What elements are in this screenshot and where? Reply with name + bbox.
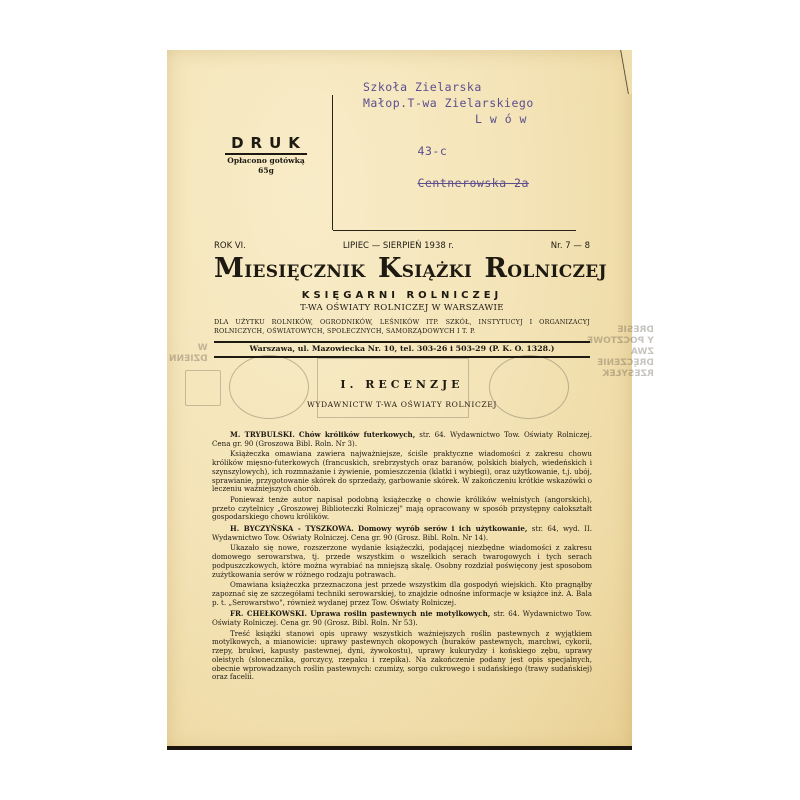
address-line-2: Małop.T-wa Zielarskiego: [363, 95, 534, 111]
review-paragraph: Ukazało się nowe, rozszerzone wydanie ks…: [212, 544, 592, 579]
address-box-bottom-rule: [333, 230, 576, 231]
recipient-address-stamp: Szkoła Zielarska Małop.T-wa Zielarskiego…: [363, 79, 534, 207]
issue-number: Nr. 7 — 8: [551, 241, 590, 251]
section-subtitle: WYDAWNICTW T-WA OŚWIATY ROLNICZEJ: [214, 400, 590, 409]
issue-meta: ROK VI. LIPIEC — SIERPIEŃ 1938 r. Nr. 7 …: [214, 241, 590, 251]
ghost-stamp-right: DRESIE Y POCZTOWE ZWA DRĘCZENIE RZESYŁEK: [587, 325, 654, 380]
postage-note: DRUK Opłacono gotówką 65g: [221, 133, 311, 175]
druk-label: DRUK: [225, 134, 307, 155]
address-street-struck: Centnerowska 2a: [418, 176, 529, 190]
masthead-title: MIESIĘCZNIK KSIĄŻKI ROLNICZEJ: [214, 253, 590, 284]
publisher-address: Warszawa, ul. Mazowiecka Nr. 10, tel. 30…: [214, 344, 590, 353]
reviews-body: M. TRYBULSKI. Chów królików futerkowych,…: [212, 428, 592, 684]
review-heading: M. TRYBULSKI. Chów królików futerkowych,…: [212, 431, 592, 448]
review-paragraph: Treść książki stanowi opis uprawy wszyst…: [212, 630, 592, 682]
review-entry: M. TRYBULSKI. Chów królików futerkowych,…: [212, 431, 592, 522]
address-line-1: Szkoła Zielarska: [363, 79, 534, 95]
postage-amount: 65g: [221, 167, 311, 175]
document-page: DRESIE Y POCZTOWE ZWA DRĘCZENIE RZESYŁEK…: [167, 50, 632, 750]
address-line-4: 43-c Centnerowska 2a: [363, 127, 534, 207]
issue-date: LIPIEC — SIERPIEŃ 1938 r.: [343, 241, 454, 251]
publisher-name: KSIĘGARNI ROLNICZEJ: [214, 290, 590, 301]
rule-top: [214, 341, 590, 343]
audience-statement: DLA UŻYTKU ROLNIKÓW, OGRODNIKÓW, LEŚNIKÓ…: [214, 318, 590, 335]
issue-year: ROK VI.: [214, 241, 246, 251]
review-paragraph: Omawiana książeczka przeznaczona jest pr…: [212, 581, 592, 607]
rule-bottom: [214, 356, 590, 358]
folded-corner: [618, 50, 632, 94]
review-entry: FR. CHEŁKOWSKI. Uprawa roślin pastewnych…: [212, 610, 592, 682]
review-paragraph: Książeczka omawiana zawiera najważniejsz…: [212, 450, 592, 494]
publisher-society: T-WA OŚWIATY ROLNICZEJ W WARSZAWIE: [214, 303, 590, 313]
address-box-left-rule: [332, 95, 333, 230]
address-code: 43-c: [418, 144, 448, 158]
review-heading: H. BYCZYŃSKA - TYSZKOWA. Domowy wyrób se…: [212, 525, 592, 542]
ghost-stamp-left: W DZIENN: [169, 343, 208, 365]
address-line-3: L w ó w: [363, 111, 534, 127]
postage-paid-text: Opłacono gotówką: [221, 157, 311, 165]
review-heading: FR. CHEŁKOWSKI. Uprawa roślin pastewnych…: [212, 610, 592, 627]
section-title: I. RECENZJE: [214, 378, 590, 391]
review-paragraph: Ponieważ tenże autor napisał podobną ksi…: [212, 496, 592, 522]
review-entry: H. BYCZYŃSKA - TYSZKOWA. Domowy wyrób se…: [212, 525, 592, 607]
